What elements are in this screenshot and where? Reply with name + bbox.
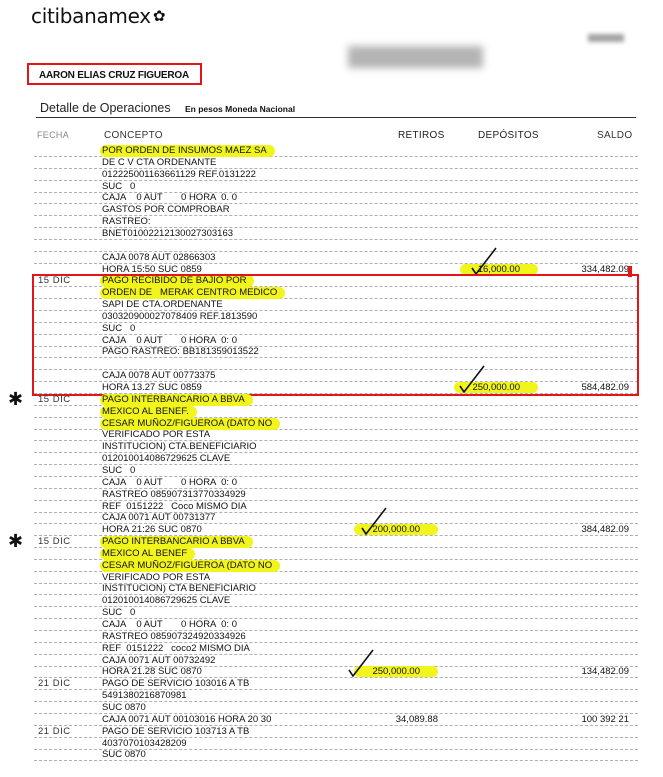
row-concepto: HORA 21.28 SUC 0870 — [102, 666, 202, 678]
table-row: MEXICO AL BENEF. — [0, 406, 663, 418]
table-row: REF 0151222 Coco MISMO DIA — [0, 501, 663, 513]
row-concepto: VERIFICADO POR ESTA — [102, 572, 210, 584]
row-concepto: 5491380216870981 — [102, 690, 187, 702]
table-row: RASTREO: — [0, 216, 663, 228]
row-concepto: CAJA 0071 AUT 00732492 — [102, 655, 215, 667]
row-concepto: BNET01002212130027303163 — [102, 228, 233, 240]
table-row: VERIFICADO POR ESTA — [0, 572, 663, 584]
row-retiros: 34,089.88 — [396, 714, 438, 726]
asterisk-star-icon: ✱ — [8, 532, 23, 550]
row-concepto: CESAR MUÑOZ/FIGUEROA (DATO NO — [100, 418, 280, 430]
table-row: 012010014086729625 CLAVE — [0, 595, 663, 607]
row-concepto: RASTREO 085907313770334929 — [102, 489, 246, 501]
table-row: GASTOS POR COMPROBAR — [0, 204, 663, 216]
row-concepto: 4037070103428209 — [102, 738, 187, 750]
table-row: DE C V CTA ORDENANTE — [0, 157, 663, 169]
row-concepto: SUC 0 — [102, 181, 135, 193]
table-row: SUC 0 — [0, 465, 663, 477]
row-saldo: 134,482.09 — [581, 666, 629, 678]
row-concepto: SUC 0870 — [102, 702, 146, 714]
row-concepto: 012010014086729625 CLAVE — [102, 595, 230, 607]
row-concepto: 012010014086729625 CLAVE — [102, 453, 230, 465]
row-concepto: RASTREO 085907324920334926 — [102, 631, 246, 643]
asterisk-star-icon: ✱ — [8, 390, 23, 408]
row-concepto: REF 0151222 Coco MISMO DIA — [102, 501, 247, 513]
table-row: SUC 0870 — [0, 749, 663, 761]
row-fecha: 21 DIC — [38, 726, 71, 738]
table-row: CAJA 0078 AUT 02866303 — [0, 252, 663, 264]
table-row: CAJA 0 AUT 0 HORA 0: 0 — [0, 477, 663, 489]
table-row: REF 0151222 coco2 MISMO DIA — [0, 643, 663, 655]
transaction-highlight-box — [32, 274, 639, 396]
table-row: CAJA 0071 AUT 00732492 — [0, 655, 663, 667]
row-concepto: PAGO DE SERVICIO 103713 A TB — [102, 726, 249, 738]
table-row: MEXICO AL BENEF — [0, 548, 663, 560]
row-concepto: PAGO INTERBANCARIO A BBVA — [100, 394, 253, 406]
table-row: CAJA 0 AUT 0 HORA 0: 0 — [0, 619, 663, 631]
table-row: 15 DICPAGO INTERBANCARIO A BBVA — [0, 394, 663, 406]
table-row: CAJA 0071 AUT 00103016 HORA 20 3034,089.… — [0, 714, 663, 726]
row-concepto: CAJA 0071 AUT 00731377 — [102, 512, 215, 524]
row-concepto: SUC 0 — [102, 607, 135, 619]
table-row: CESAR MUÑOZ/FIGUEROA (DATO NO — [0, 560, 663, 572]
row-concepto: INSTITUCION) CTA BENEFICIARIO — [102, 583, 256, 595]
row-concepto: VERIFICADO POR ESTA — [102, 429, 210, 441]
row-concepto: POR ORDEN DE INSUMOS MAEZ SA — [100, 145, 275, 157]
row-concepto: PAGO DE SERVICIO 103016 A TB — [102, 678, 249, 690]
table-row: CAJA 0 AUT 0 HORA 0. 0 — [0, 192, 663, 204]
row-concepto: CAJA 0071 AUT 00103016 HORA 20 30 — [102, 714, 271, 726]
row-saldo: 100 392 21 — [581, 714, 629, 726]
table-row: SUC 0 — [0, 181, 663, 193]
table-row: 21 DICPAGO DE SERVICIO 103016 A TB — [0, 678, 663, 690]
row-concepto: HORA 21:26 SUC 0870 — [102, 524, 202, 536]
table-row: 4037070103428209 — [0, 738, 663, 750]
table-row: 21 DICPAGO DE SERVICIO 103713 A TB — [0, 726, 663, 738]
table-row: CAJA 0071 AUT 00731377 — [0, 512, 663, 524]
table-row: RASTREO 085907313770334929 — [0, 489, 663, 501]
red-margin-mark — [628, 266, 632, 277]
row-concepto: CESAR MUÑOZ/FIGUEROA (DATO NO — [100, 560, 280, 572]
row-concepto: SUC 0870 — [102, 749, 146, 761]
row-concepto: MEXICO AL BENEF — [100, 548, 195, 560]
table-row: SUC 0870 — [0, 702, 663, 714]
row-saldo: 384,482.09 — [581, 524, 629, 536]
table-row: 012225001163661129 REF.0131222 — [0, 169, 663, 181]
row-concepto: MEXICO AL BENEF. — [100, 406, 197, 418]
row-concepto: RASTREO: — [102, 216, 151, 228]
row-concepto: GASTOS POR COMPROBAR — [102, 204, 230, 216]
transactions-table: POR ORDEN DE INSUMOS MAEZ SADE C V CTA O… — [0, 0, 663, 777]
table-row: 012010014086729625 CLAVE — [0, 453, 663, 465]
table-row: SUC 0 — [0, 607, 663, 619]
table-row: RASTREO 085907324920334926 — [0, 631, 663, 643]
table-row — [0, 240, 663, 252]
table-row: 5491380216870981 — [0, 690, 663, 702]
table-row: POR ORDEN DE INSUMOS MAEZ SA — [0, 145, 663, 157]
row-concepto: CAJA 0 AUT 0 HORA 0: 0 — [102, 619, 237, 631]
row-fecha: 15 DIC — [38, 394, 71, 406]
row-concepto: INSTITUCION) CTA.BENEFICIARIO — [102, 441, 256, 453]
table-row: INSTITUCION) CTA BENEFICIARIO — [0, 583, 663, 595]
table-row: VERIFICADO POR ESTA — [0, 429, 663, 441]
table-row: HORA 21.28 SUC 0870250,000.00134,482.09 — [0, 666, 663, 678]
row-concepto: REF 0151222 coco2 MISMO DIA — [102, 643, 250, 655]
table-row: 15 DICPAGO INTERBANCARIO A BBVA — [0, 536, 663, 548]
row-concepto: DE C V CTA ORDENANTE — [102, 157, 216, 169]
row-concepto: 012225001163661129 REF.0131222 — [102, 169, 256, 181]
row-concepto: CAJA 0078 AUT 02866303 — [102, 252, 215, 264]
row-concepto: PAGO INTERBANCARIO A BBVA — [100, 536, 253, 548]
table-row: HORA 21:26 SUC 0870200,000.00384,482.09 — [0, 524, 663, 536]
table-row: INSTITUCION) CTA.BENEFICIARIO — [0, 441, 663, 453]
row-concepto: CAJA 0 AUT 0 HORA 0. 0 — [102, 192, 237, 204]
row-fecha: 15 DIC — [38, 536, 71, 548]
table-row: BNET01002212130027303163 — [0, 228, 663, 240]
row-concepto: SUC 0 — [102, 465, 135, 477]
row-fecha: 21 DIC — [38, 678, 71, 690]
row-concepto: CAJA 0 AUT 0 HORA 0: 0 — [102, 477, 237, 489]
table-row: CESAR MUÑOZ/FIGUEROA (DATO NO — [0, 418, 663, 430]
